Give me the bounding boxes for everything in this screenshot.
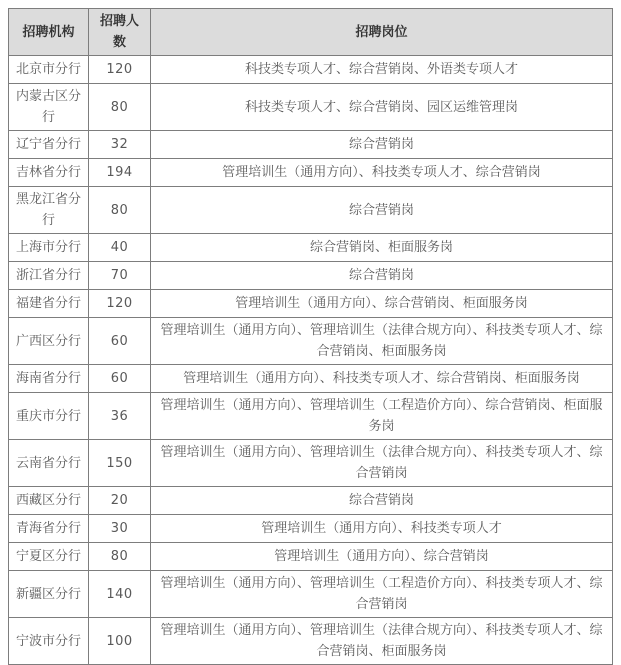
table-row: 广西区分行 60 管理培训生（通用方向）、管理培训生（法律合规方向）、科技类专项… xyxy=(9,318,613,365)
positions-cell: 管理培训生（通用方向）、管理培训生（工程造价方向）、综合营销岗、柜面服务岗 xyxy=(151,393,613,440)
table-row: 浙江省分行 70 综合营销岗 xyxy=(9,262,613,290)
org-cell: 浙江省分行 xyxy=(9,262,89,290)
table-row: 上海市分行 40 综合营销岗、柜面服务岗 xyxy=(9,234,613,262)
positions-cell: 管理培训生（通用方向）、综合营销岗 xyxy=(151,543,613,571)
org-cell: 西藏区分行 xyxy=(9,487,89,515)
count-cell: 140 xyxy=(89,571,151,618)
count-cell: 80 xyxy=(89,543,151,571)
table-row: 吉林省分行 194 管理培训生（通用方向）、科技类专项人才、综合营销岗 xyxy=(9,159,613,187)
count-cell: 100 xyxy=(89,618,151,665)
org-cell: 青海省分行 xyxy=(9,515,89,543)
table-row: 重庆市分行 36 管理培训生（通用方向）、管理培训生（工程造价方向）、综合营销岗… xyxy=(9,393,613,440)
org-cell: 辽宁省分行 xyxy=(9,131,89,159)
org-cell: 内蒙古区分行 xyxy=(9,84,89,131)
positions-cell: 管理培训生（通用方向）、管理培训生（法律合规方向）、科技类专项人才、综合营销岗、… xyxy=(151,618,613,665)
count-cell: 30 xyxy=(89,515,151,543)
table-header-row: 招聘机构 招聘人数 招聘岗位 xyxy=(9,9,613,56)
table-row: 宁夏区分行 80 管理培训生（通用方向）、综合营销岗 xyxy=(9,543,613,571)
positions-cell: 科技类专项人才、综合营销岗、外语类专项人才 xyxy=(151,56,613,84)
org-cell: 黑龙江省分行 xyxy=(9,187,89,234)
positions-cell: 综合营销岗 xyxy=(151,187,613,234)
recruitment-table: 招聘机构 招聘人数 招聘岗位 北京市分行 120 科技类专项人才、综合营销岗、外… xyxy=(8,8,613,665)
org-cell: 宁波市分行 xyxy=(9,618,89,665)
positions-cell: 综合营销岗 xyxy=(151,262,613,290)
positions-cell: 管理培训生（通用方向）、管理培训生（工程造价方向）、科技类专项人才、综合营销岗 xyxy=(151,571,613,618)
column-header-count: 招聘人数 xyxy=(89,9,151,56)
positions-cell: 综合营销岗 xyxy=(151,131,613,159)
table-row: 宁波市分行 100 管理培训生（通用方向）、管理培训生（法律合规方向）、科技类专… xyxy=(9,618,613,665)
count-cell: 80 xyxy=(89,84,151,131)
table-row: 内蒙古区分行 80 科技类专项人才、综合营销岗、园区运维管理岗 xyxy=(9,84,613,131)
table-row: 青海省分行 30 管理培训生（通用方向）、科技类专项人才 xyxy=(9,515,613,543)
org-cell: 云南省分行 xyxy=(9,440,89,487)
org-cell: 吉林省分行 xyxy=(9,159,89,187)
table-row: 北京市分行 120 科技类专项人才、综合营销岗、外语类专项人才 xyxy=(9,56,613,84)
org-cell: 重庆市分行 xyxy=(9,393,89,440)
positions-cell: 管理培训生（通用方向）、综合营销岗、柜面服务岗 xyxy=(151,290,613,318)
count-cell: 194 xyxy=(89,159,151,187)
table-row: 西藏区分行 20 综合营销岗 xyxy=(9,487,613,515)
table-row: 福建省分行 120 管理培训生（通用方向）、综合营销岗、柜面服务岗 xyxy=(9,290,613,318)
count-cell: 32 xyxy=(89,131,151,159)
table-row: 新疆区分行 140 管理培训生（通用方向）、管理培训生（工程造价方向）、科技类专… xyxy=(9,571,613,618)
positions-cell: 科技类专项人才、综合营销岗、园区运维管理岗 xyxy=(151,84,613,131)
positions-cell: 综合营销岗 xyxy=(151,487,613,515)
positions-cell: 管理培训生（通用方向）、管理培训生（法律合规方向）、科技类专项人才、综合营销岗、… xyxy=(151,318,613,365)
count-cell: 36 xyxy=(89,393,151,440)
table-row: 黑龙江省分行 80 综合营销岗 xyxy=(9,187,613,234)
page-container: 招聘机构 招聘人数 招聘岗位 北京市分行 120 科技类专项人才、综合营销岗、外… xyxy=(0,0,621,665)
positions-cell: 管理培训生（通用方向）、科技类专项人才、综合营销岗 xyxy=(151,159,613,187)
org-cell: 海南省分行 xyxy=(9,365,89,393)
positions-cell: 管理培训生（通用方向）、管理培训生（法律合规方向）、科技类专项人才、综合营销岗 xyxy=(151,440,613,487)
count-cell: 70 xyxy=(89,262,151,290)
table-row: 辽宁省分行 32 综合营销岗 xyxy=(9,131,613,159)
org-cell: 福建省分行 xyxy=(9,290,89,318)
count-cell: 120 xyxy=(89,290,151,318)
positions-cell: 综合营销岗、柜面服务岗 xyxy=(151,234,613,262)
count-cell: 150 xyxy=(89,440,151,487)
count-cell: 80 xyxy=(89,187,151,234)
count-cell: 20 xyxy=(89,487,151,515)
count-cell: 120 xyxy=(89,56,151,84)
table-row: 云南省分行 150 管理培训生（通用方向）、管理培训生（法律合规方向）、科技类专… xyxy=(9,440,613,487)
column-header-positions: 招聘岗位 xyxy=(151,9,613,56)
table-row: 海南省分行 60 管理培训生（通用方向）、科技类专项人才、综合营销岗、柜面服务岗 xyxy=(9,365,613,393)
org-cell: 新疆区分行 xyxy=(9,571,89,618)
count-cell: 40 xyxy=(89,234,151,262)
count-cell: 60 xyxy=(89,365,151,393)
org-cell: 广西区分行 xyxy=(9,318,89,365)
positions-cell: 管理培训生（通用方向）、科技类专项人才、综合营销岗、柜面服务岗 xyxy=(151,365,613,393)
count-cell: 60 xyxy=(89,318,151,365)
org-cell: 北京市分行 xyxy=(9,56,89,84)
column-header-org: 招聘机构 xyxy=(9,9,89,56)
org-cell: 宁夏区分行 xyxy=(9,543,89,571)
positions-cell: 管理培训生（通用方向）、科技类专项人才 xyxy=(151,515,613,543)
org-cell: 上海市分行 xyxy=(9,234,89,262)
